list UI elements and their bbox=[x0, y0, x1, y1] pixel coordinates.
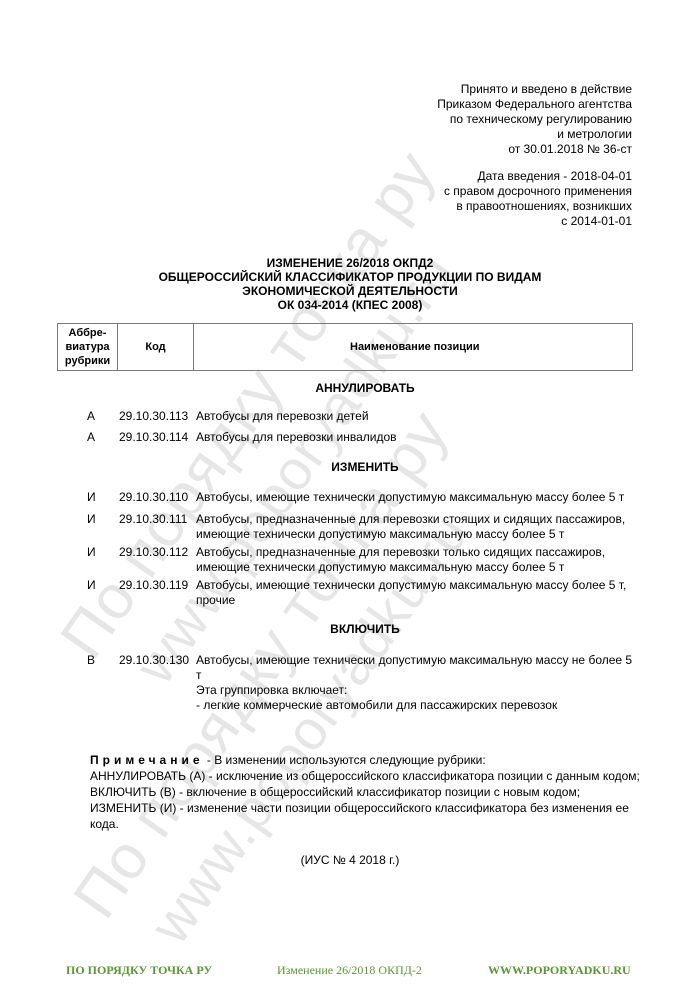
row-name-line: Автобусы, предназначенные для перевозки … bbox=[196, 545, 636, 560]
row-name-line: имеющие технически допустимую максимальн… bbox=[196, 560, 636, 575]
header-abbreviation-line: Аббре- bbox=[58, 326, 117, 340]
row-abbreviation: И bbox=[87, 545, 96, 560]
approval-line: Приказом Федерального агентства bbox=[437, 97, 632, 112]
row-name-line: прочие bbox=[196, 593, 636, 608]
footer-right-link[interactable]: WWW.POPORYADKU.RU bbox=[488, 963, 631, 978]
row-code: 29.10.30.113 bbox=[119, 409, 188, 424]
ius-reference: (ИУС № 4 2018 г.) bbox=[0, 853, 700, 867]
note-line: ИЗМЕНИТЬ (И) - изменение части позиции о… bbox=[90, 800, 650, 816]
row-name-line: Эта группировка включает: bbox=[196, 683, 636, 698]
row-name-line: имеющие технически допустимую максимальн… bbox=[196, 527, 636, 542]
section-title-cancel: АННУЛИРОВАТЬ bbox=[0, 381, 700, 395]
row-code: 29.10.30.130 bbox=[119, 653, 189, 668]
note-line: АННУЛИРОВАТЬ (А) - исключение из общерос… bbox=[90, 768, 650, 784]
row-name-line: Автобусы, имеющие технически допустимую … bbox=[196, 653, 636, 668]
note-label: Примечание bbox=[90, 753, 204, 767]
row-name: Автобусы, имеющие технически допустимую … bbox=[196, 653, 636, 713]
row-code: 29.10.30.112 bbox=[119, 545, 188, 560]
approval-line: и метрологии bbox=[437, 127, 632, 142]
row-code: 29.10.30.119 bbox=[119, 578, 188, 593]
row-name-line: - легкие коммерческие автомобили для пас… bbox=[196, 698, 636, 713]
row-abbreviation: И bbox=[87, 578, 96, 593]
row-name-line: Автобусы, предназначенные для перевозки … bbox=[196, 512, 636, 527]
row-name: Автобусы для перевозки детей bbox=[196, 409, 636, 424]
row-abbreviation: И bbox=[87, 512, 96, 527]
header-abbreviation-line: рубрики bbox=[58, 354, 117, 368]
effective-date-block: Дата введения - 2018-04-01 с правом доср… bbox=[437, 169, 632, 229]
header-code: Код bbox=[118, 324, 194, 371]
approval-line: по техническому регулированию bbox=[437, 112, 632, 127]
note-intro: - В изменении используются следующие руб… bbox=[204, 753, 486, 767]
row-name: Автобусы, предназначенные для перевозки … bbox=[196, 512, 636, 542]
row-abbreviation: И bbox=[87, 490, 96, 505]
row-name: Автобусы, имеющие технически допустимую … bbox=[196, 490, 636, 505]
effective-date-line: в правоотношениях, возникших bbox=[437, 199, 632, 214]
row-name: Автобусы, предназначенные для перевозки … bbox=[196, 545, 636, 575]
note-block: Примечание - В изменении используются сл… bbox=[90, 752, 650, 832]
title-line: ЭКОНОМИЧЕСКОЙ ДЕЯТЕЛЬНОСТИ bbox=[0, 284, 700, 298]
row-abbreviation: А bbox=[87, 430, 95, 445]
note-line: кода. bbox=[90, 816, 650, 832]
approval-line: Принято и введено в действие bbox=[437, 82, 632, 97]
header-position-name: Наименование позиции bbox=[194, 324, 633, 371]
row-code: 29.10.30.111 bbox=[119, 512, 187, 527]
title-line: ОБЩЕРОССИЙСКИЙ КЛАССИФИКАТОР ПРОДУКЦИИ П… bbox=[0, 270, 700, 284]
row-name-line: т bbox=[196, 668, 636, 683]
note-intro-line: Примечание - В изменении используются сл… bbox=[90, 752, 650, 768]
note-line: ВКЛЮЧИТЬ (В) - включение в общероссийски… bbox=[90, 784, 650, 800]
row-abbreviation: А bbox=[87, 409, 95, 424]
footer-left: ПО ПОРЯДКУ ТОЧКА РУ bbox=[66, 963, 212, 978]
row-code: 29.10.30.114 bbox=[119, 430, 188, 445]
row-name: Автобусы, имеющие технически допустимую … bbox=[196, 578, 636, 608]
section-title-change: ИЗМЕНИТЬ bbox=[0, 460, 700, 474]
header-abbreviation: Аббре- виатура рубрики bbox=[58, 324, 118, 371]
row-name-line: Автобусы, имеющие технически допустимую … bbox=[196, 578, 636, 593]
effective-date-line: Дата введения - 2018-04-01 bbox=[437, 169, 632, 184]
document-title: ИЗМЕНЕНИЕ 26/2018 ОКПД2 ОБЩЕРОССИЙСКИЙ К… bbox=[0, 256, 700, 312]
effective-date-line: с правом досрочного применения bbox=[437, 184, 632, 199]
effective-date-line: с 2014-01-01 bbox=[437, 214, 632, 229]
approval-line: от 30.01.2018 № 36-ст bbox=[437, 142, 632, 157]
footer-center: Изменение 26/2018 ОКПД-2 bbox=[277, 963, 422, 978]
title-line: ОК 034-2014 (КПЕС 2008) bbox=[0, 298, 700, 312]
title-line: ИЗМЕНЕНИЕ 26/2018 ОКПД2 bbox=[0, 256, 700, 270]
row-name: Автобусы для перевозки инвалидов bbox=[196, 430, 636, 445]
table-header: Аббре- виатура рубрики Код Наименование … bbox=[57, 323, 633, 371]
row-code: 29.10.30.110 bbox=[119, 490, 188, 505]
approval-block: Принято и введено в действие Приказом Фе… bbox=[437, 82, 632, 229]
document-page: Принято и введено в действие Приказом Фе… bbox=[0, 0, 700, 990]
section-title-include: ВКЛЮЧИТЬ bbox=[0, 622, 700, 636]
row-abbreviation: В bbox=[87, 653, 95, 668]
header-abbreviation-line: виатура bbox=[58, 340, 117, 354]
